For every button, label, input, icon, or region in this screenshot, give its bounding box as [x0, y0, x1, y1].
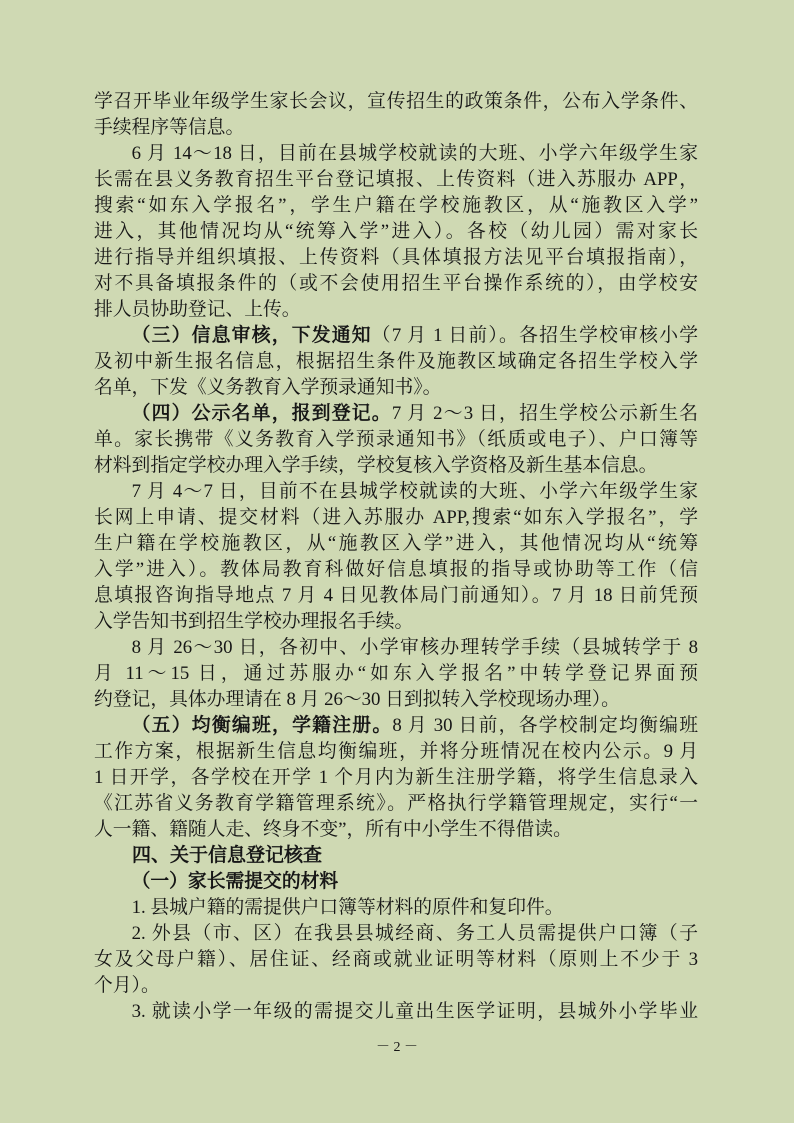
document-page: 学召开毕业年级学生家长会议，宣传招生的政策条件，公布入学条件、手续程序等信息。6…	[0, 0, 794, 1123]
text-line: 6 月 14～18 日，目前在县城学校就读的大班、小学六年级学生家	[94, 141, 698, 167]
text-segment: 《江苏省义务教育学籍管理系统》。严格执行学籍管理规定，实行“一	[94, 793, 698, 814]
text-segment: 8 月 30 日前，各学校制定均衡编班	[392, 715, 698, 736]
text-line: 息填报咨询指导地点 7 月 4 日见教体局门前通知）。7 月 18 日前凭预	[94, 583, 698, 609]
text-line: 女及父母户籍）、居住证、经商或就业证明等材料（原则上不少于 3	[94, 947, 698, 973]
text-line: 工作方案，根据新生信息均衡编班，并将分班情况在校内公示。9 月	[94, 739, 698, 765]
text-segment: 月 11～15 日，通过苏服办“如东入学报名”中转学登记界面预	[94, 663, 698, 684]
text-line: 《江苏省义务教育学籍管理系统》。严格执行学籍管理规定，实行“一	[94, 791, 698, 817]
section-heading-line: 四、关于信息登记核查	[94, 843, 698, 869]
text-segment: 搜索“如东入学报名”，学生户籍在学校施教区，从“施教区入学”	[94, 195, 698, 216]
text-line: 约登记，具体办理请在 8 月 26～30 日到拟转入学校现场办理）。	[94, 687, 698, 713]
text-line: 长需在县义务教育招生平台登记填报、上传资料（进入苏服办 APP，	[94, 167, 698, 193]
text-segment: 长需在县义务教育招生平台登记填报、上传资料（进入苏服办 APP，	[94, 169, 698, 190]
text-segment: 名单，下发《义务教育入学预录通知书》。	[94, 377, 441, 398]
text-line: 及初中新生报名信息，根据招生条件及施教区域确定各招生学校入学	[94, 349, 698, 375]
text-segment: 1. 县城户籍的需提供户口簿等材料的原件和复印件。	[132, 897, 564, 918]
text-line: 1 日开学，各学校在开学 1 个月内为新生注册学籍，将学生信息录入	[94, 765, 698, 791]
text-line: 名单，下发《义务教育入学预录通知书》。	[94, 375, 698, 401]
text-segment: 进入，其他情况均从“统筹入学”进入）。各校（幼儿园）需对家长	[94, 221, 698, 242]
document-body: 学召开毕业年级学生家长会议，宣传招生的政策条件，公布入学条件、手续程序等信息。6…	[94, 89, 698, 1025]
text-line: （四）公示名单，报到登记。7 月 2～3 日，招生学校公示新生名	[94, 401, 698, 427]
text-segment: 息填报咨询指导地点 7 月 4 日见教体局门前通知）。7 月 18 日前凭预	[94, 585, 698, 606]
text-segment: 工作方案，根据新生信息均衡编班，并将分班情况在校内公示。9 月	[94, 741, 698, 762]
text-line: 人一籍、籍随人走、终身不变”，所有中小学生不得借读。	[94, 817, 698, 843]
text-segment: 8 月 26～30 日，各初中、小学审核办理转学手续（县城转学于 8	[132, 637, 698, 658]
text-line: 2. 外县（市、区）在我县县城经商、务工人员需提供户口簿（子	[94, 921, 698, 947]
text-segment: 1 日开学，各学校在开学 1 个月内为新生注册学籍，将学生信息录入	[94, 767, 698, 788]
text-line: 入学告知书到招生学校办理报名手续。	[94, 609, 698, 635]
text-line: 生户籍在学校施教区，从“施教区入学”进入，其他情况均从“统筹	[94, 531, 698, 557]
text-segment: 学召开毕业年级学生家长会议，宣传招生的政策条件，公布入学条件、	[94, 91, 698, 112]
text-line: 月 11～15 日，通过苏服办“如东入学报名”中转学登记界面预	[94, 661, 698, 687]
text-segment: 四、关于信息登记核查	[132, 845, 322, 866]
text-segment: 人一籍、籍随人走、终身不变”，所有中小学生不得借读。	[94, 819, 572, 840]
text-segment: 生户籍在学校施教区，从“施教区入学”进入，其他情况均从“统筹	[94, 533, 698, 554]
text-line: （五）均衡编班，学籍注册。8 月 30 日前，各学校制定均衡编班	[94, 713, 698, 739]
text-line: 材料到指定学校办理入学手续，学校复核入学资格及新生基本信息。	[94, 453, 698, 479]
text-line: 进行指导并组织填报、上传资料（具体填报方法见平台填报指南），	[94, 245, 698, 271]
text-segment: （7 月 1 日前）。各招生学校审核小学	[372, 325, 698, 346]
text-segment: 进行指导并组织填报、上传资料（具体填报方法见平台填报指南），	[94, 247, 698, 268]
bold-text-segment: （三）信息审核，下发通知	[132, 325, 372, 346]
text-line: 排人员协助登记、上传。	[94, 297, 698, 323]
text-line: 入学”进入）。教体局教育科做好信息填报的指导或协助等工作（信	[94, 557, 698, 583]
text-line: 搜索“如东入学报名”，学生户籍在学校施教区，从“施教区入学”	[94, 193, 698, 219]
text-line: （一）家长需提交的材料	[94, 869, 698, 895]
text-line: 对不具备填报条件的（或不会使用招生平台操作系统的），由学校安	[94, 271, 698, 297]
text-segment: 女及父母户籍）、居住证、经商或就业证明等材料（原则上不少于 3	[94, 949, 698, 970]
text-segment: 6 月 14～18 日，目前在县城学校就读的大班、小学六年级学生家	[132, 143, 698, 164]
text-segment: 2. 外县（市、区）在我县县城经商、务工人员需提供户口簿（子	[132, 923, 698, 944]
text-segment: 单。家长携带《义务教育入学预录通知书》（纸质或电子）、户口簿等	[94, 429, 698, 450]
bold-text-segment: （四）公示名单，报到登记。	[132, 403, 392, 424]
text-line: 手续程序等信息。	[94, 115, 698, 141]
text-line: 长网上申请、提交材料（进入苏服办 APP,搜索“如东入学报名”，学	[94, 505, 698, 531]
text-segment: 对不具备填报条件的（或不会使用招生平台操作系统的），由学校安	[94, 273, 698, 294]
text-segment: 入学”进入）。教体局教育科做好信息填报的指导或协助等工作（信	[94, 559, 698, 580]
text-segment: 及初中新生报名信息，根据招生条件及施教区域确定各招生学校入学	[94, 351, 698, 372]
text-line: 个月）。	[94, 973, 698, 999]
text-segment: 约登记，具体办理请在 8 月 26～30 日到拟转入学校现场办理）。	[94, 689, 620, 710]
bold-text-segment: （五）均衡编班，学籍注册。	[132, 715, 393, 736]
text-segment: 7 月 2～3 日，招生学校公示新生名	[392, 403, 698, 424]
text-line: 学召开毕业年级学生家长会议，宣传招生的政策条件，公布入学条件、	[94, 89, 698, 115]
text-line: 1. 县城户籍的需提供户口簿等材料的原件和复印件。	[94, 895, 698, 921]
text-line: 3. 就读小学一年级的需提交儿童出生医学证明，县城外小学毕业	[94, 999, 698, 1025]
text-segment: 个月）。	[94, 975, 160, 996]
text-segment: 7 月 4～7 日，目前不在县城学校就读的大班、小学六年级学生家	[132, 481, 698, 502]
text-segment: 手续程序等信息。	[94, 117, 244, 138]
text-line: 8 月 26～30 日，各初中、小学审核办理转学手续（县城转学于 8	[94, 635, 698, 661]
text-line: 7 月 4～7 日，目前不在县城学校就读的大班、小学六年级学生家	[94, 479, 698, 505]
text-segment: 3. 就读小学一年级的需提交儿童出生医学证明，县城外小学毕业	[132, 1001, 698, 1022]
text-line: 进入，其他情况均从“统筹入学”进入）。各校（幼儿园）需对家长	[94, 219, 698, 245]
text-segment: 材料到指定学校办理入学手续，学校复核入学资格及新生基本信息。	[94, 455, 657, 476]
text-line: （三）信息审核，下发通知（7 月 1 日前）。各招生学校审核小学	[94, 323, 698, 349]
text-line: 单。家长携带《义务教育入学预录通知书》（纸质或电子）、户口簿等	[94, 427, 698, 453]
page-number: － 2 －	[0, 1039, 794, 1057]
bold-text-segment: （一）家长需提交的材料	[132, 871, 339, 892]
text-segment: 排人员协助登记、上传。	[94, 299, 301, 320]
text-segment: 长网上申请、提交材料（进入苏服办 APP,搜索“如东入学报名”，学	[94, 507, 698, 528]
text-segment: 入学告知书到招生学校办理报名手续。	[94, 611, 413, 632]
